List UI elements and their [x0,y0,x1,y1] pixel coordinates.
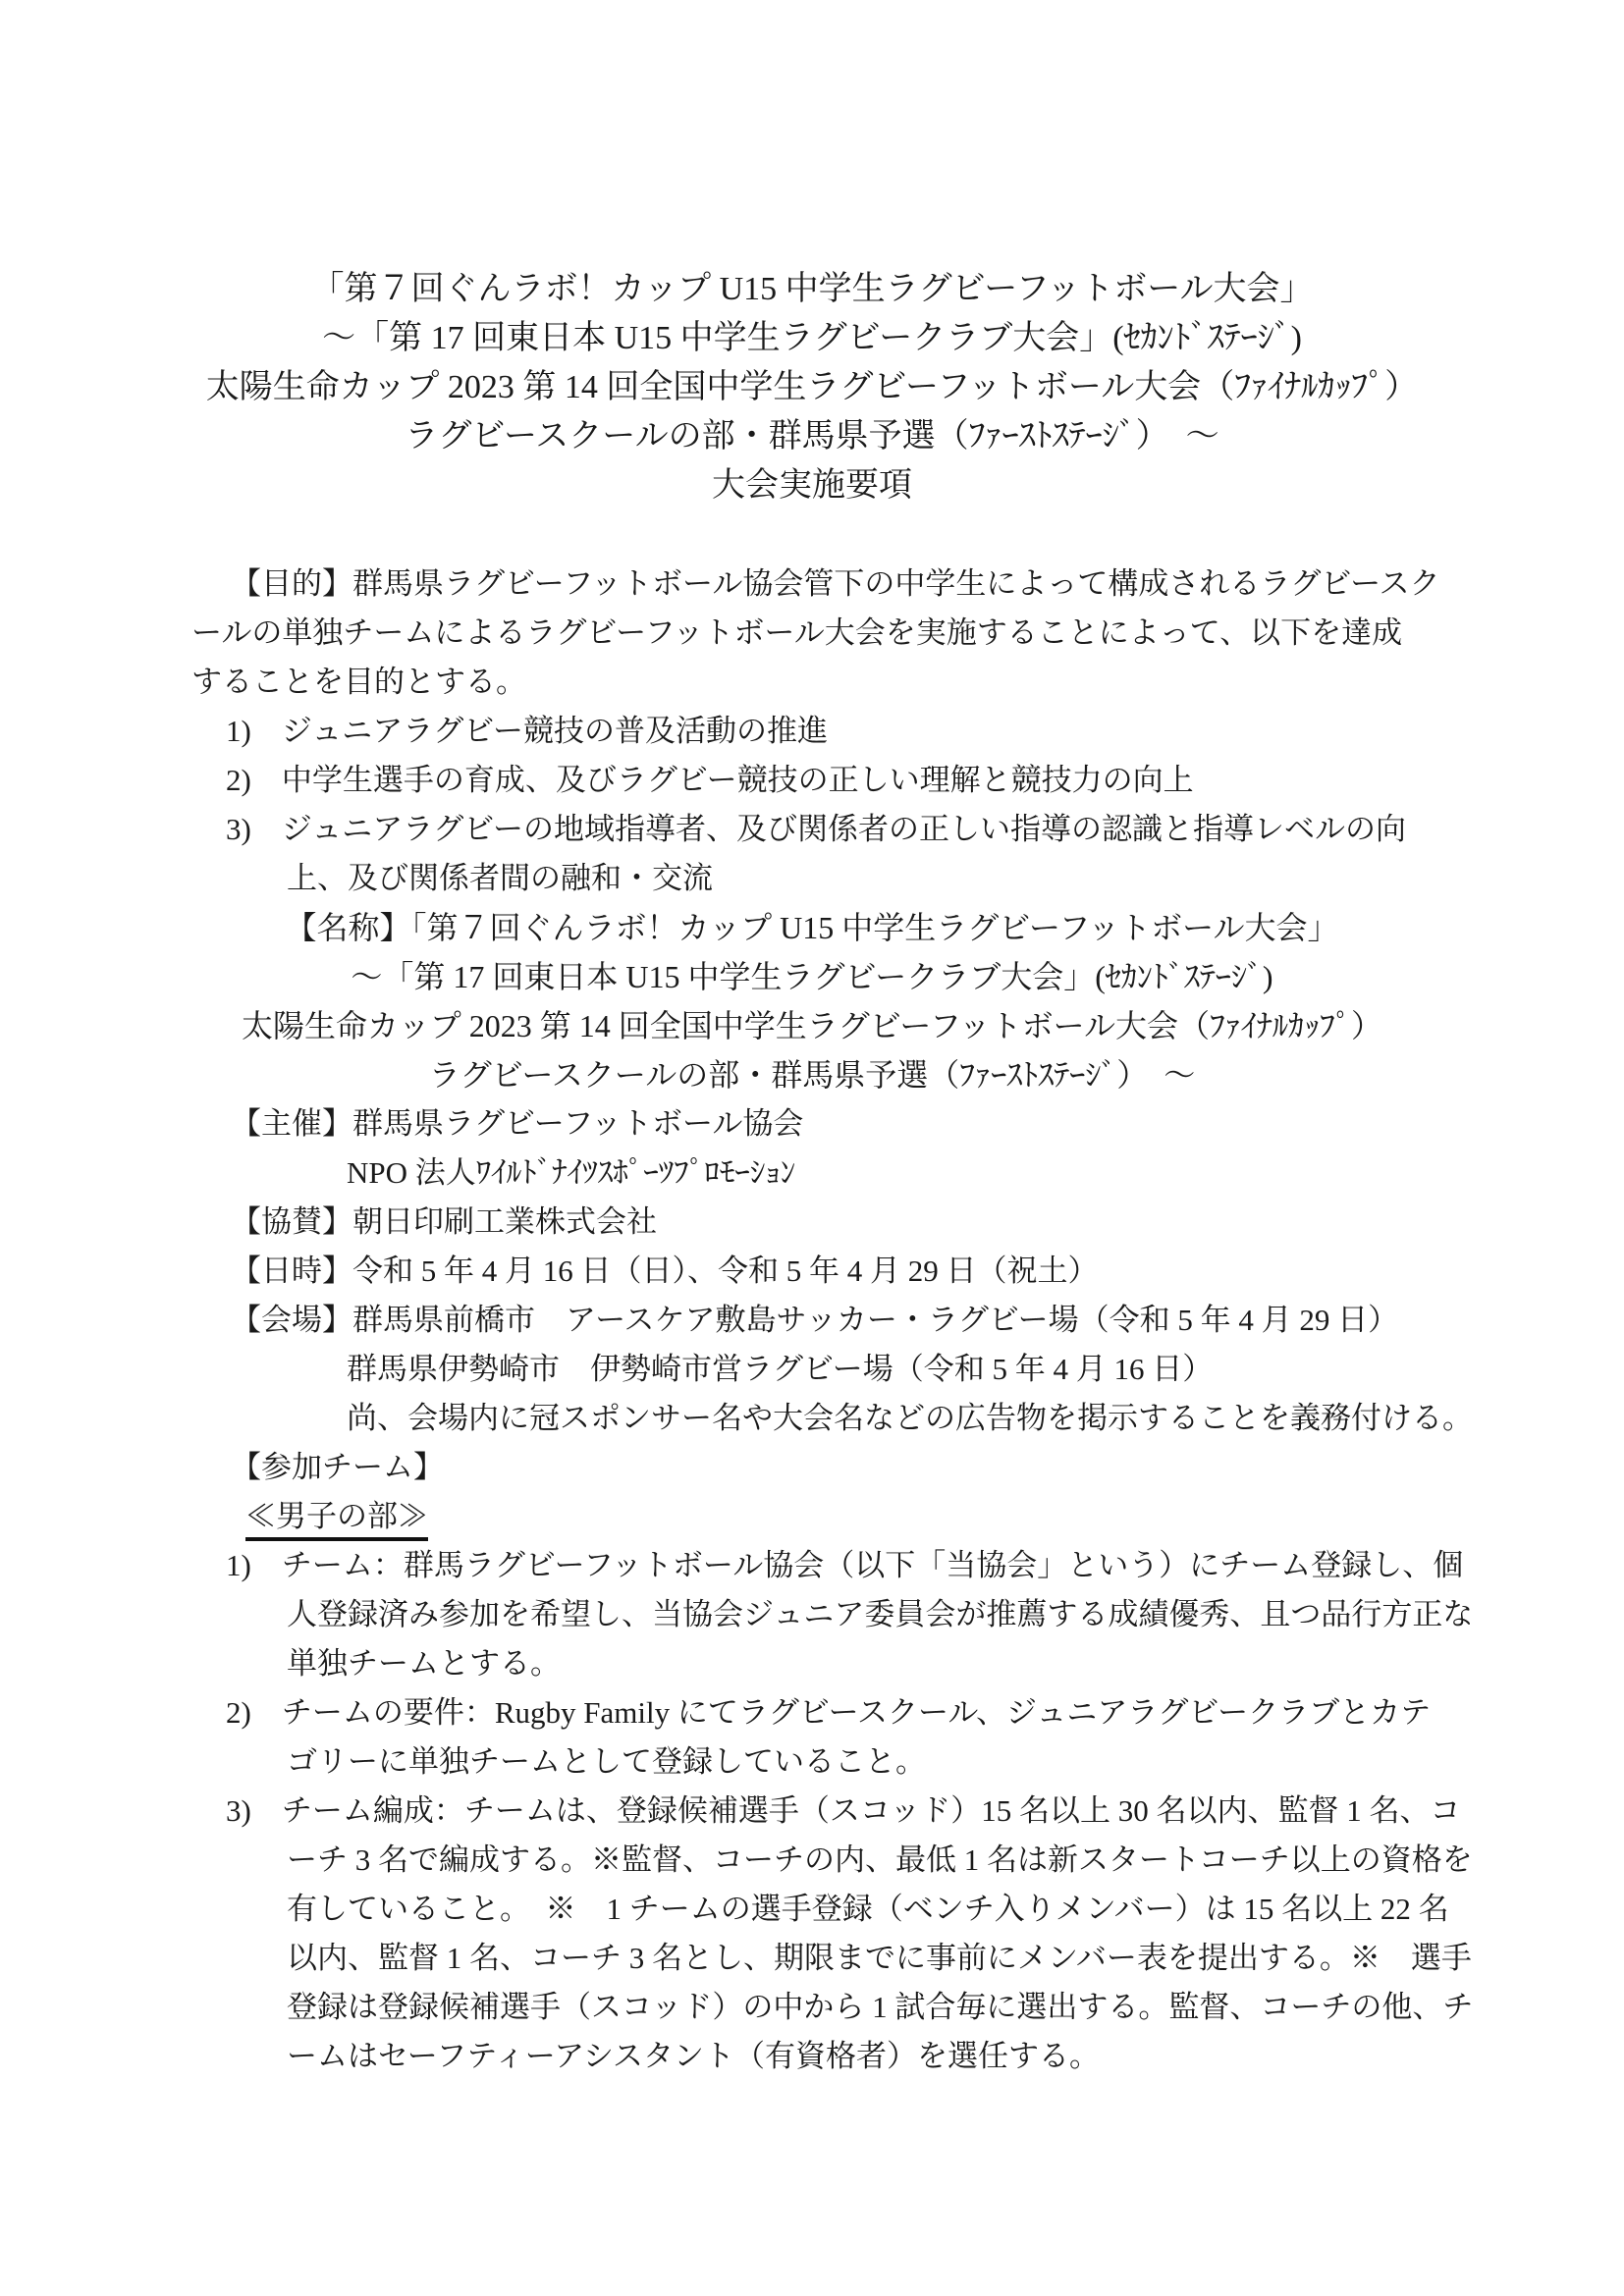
teams-item-3-cont-2: 有していること。 ※ 1 チームの選手登録（ベンチ入りメンバー）は 15 名以上… [0,1885,1624,1934]
name-line-4: ラグビースクールの部・群馬県予選（ﾌｧｰｽﾄｽﾃｰｼﾞ） ～ [0,1050,1624,1099]
organizer-npo-line: NPO 法人ﾜｲﾙﾄﾞﾅｲﾂｽﾎﾟｰﾂﾌﾟﾛﾓｰｼｮﾝ [0,1148,1624,1198]
venue-line-2: 群馬県伊勢崎市 伊勢崎市営ラグビー場（令和 5 年 4 月 16 日） [0,1345,1624,1394]
purpose-item-1: 1) ジュニアラグビー競技の普及活動の推進 [0,707,1624,756]
teams-item-3-cont-5: ームはセーフティーアシスタント（有資格者）を選任する。 [0,2032,1624,2081]
purpose-item-3: 3) ジュニアラグビーの地域指導者、及び関係者の正しい指導の認識と指導レベルの向 [0,805,1624,854]
datetime-label-line: 【日時】令和 5 年 4 月 16 日（日）、令和 5 年 4 月 29 日（祝… [0,1247,1624,1296]
document-content: 「第７回ぐんラボ！カップ U15 中学生ラグビーフットボール大会」 ～「第 17… [0,0,1624,2081]
participating-teams-label: 【参加チーム】 [0,1443,1624,1492]
teams-item-3: 3) チーム編成：チームは、登録候補選手（スコッド）15 名以上 30 名以内、… [0,1787,1624,1836]
teams-item-2-cont-1: ゴリーに単独チームとして登録していること。 [0,1737,1624,1787]
title-line-4: ラグビースクールの部・群馬県予選（ﾌｧｰｽﾄｽﾃｰｼﾞ） ～ [0,412,1624,461]
title-line-3: 太陽生命カップ 2023 第 14 回全国中学生ラグビーフットボール大会（ﾌｧｲ… [0,363,1624,412]
purpose-line-2: ールの単独チームによるラグビーフットボール大会を実施することによって、以下を達成 [0,609,1624,658]
teams-item-2: 2) チームの要件：Rugby Family にてラグビースクール、ジュニアラグ… [0,1688,1624,1737]
mens-division-underlined-text: ≪男子の部≫ [245,1497,428,1541]
name-line-2: ～「第 17 回東日本 U15 中学生ラグビークラブ大会」(ｾｶﾝﾄﾞｽﾃｰｼﾞ… [0,952,1624,1001]
name-line-3: 太陽生命カップ 2023 第 14 回全国中学生ラグビーフットボール大会（ﾌｧｲ… [0,1001,1624,1050]
sponsor-label-line: 【協賛】朝日印刷工業株式会社 [0,1198,1624,1247]
purpose-label-line: 【目的】群馬県ラグビーフットボール協会管下の中学生によって構成されるラグビースク [0,560,1624,609]
organizer-label-line: 【主催】群馬県ラグビーフットボール協会 [0,1099,1624,1148]
teams-item-3-cont-1: ーチ 3 名で編成する。※監督、コーチの内、最低 1 名は新スタートコーチ以上の… [0,1836,1624,1885]
title-line-5-outline-heading: 大会実施要項 [0,461,1624,510]
venue-note-line: 尚、会場内に冠スポンサー名や大会名などの広告物を掲示することを義務付ける。 [0,1394,1624,1443]
teams-item-3-cont-4: 登録は登録候補選手（スコッド）の中から 1 試合毎に選出する。監督、コーチの他、… [0,1983,1624,2032]
name-label-line: 【名称】「第７回ぐんラボ！カップ U15 中学生ラグビーフットボール大会」 [0,903,1624,952]
title-line-2: ～「第 17 回東日本 U15 中学生ラグビークラブ大会」(ｾｶﾝﾄﾞｽﾃｰｼﾞ… [0,314,1624,363]
mens-division-heading: ≪男子の部≫ [0,1492,1624,1541]
teams-item-1-cont-2: 単独チームとする。 [0,1639,1624,1688]
purpose-item-2: 2) 中学生選手の育成、及びラグビー競技の正しい理解と競技力の向上 [0,756,1624,805]
teams-item-1: 1) チーム：群馬ラグビーフットボール協会（以下「当協会」という）にチーム登録し… [0,1541,1624,1590]
title-body-gap [0,510,1624,560]
purpose-item-3-cont: 上、及び関係者間の融和・交流 [0,854,1624,903]
teams-item-3-cont-3: 以内、監督 1 名、コーチ 3 名とし、期限までに事前にメンバー表を提出する。※… [0,1934,1624,1983]
teams-item-1-cont-1: 人登録済み参加を希望し、当協会ジュニア委員会が推薦する成績優秀、且つ品行方正な [0,1590,1624,1639]
title-line-1: 「第７回ぐんラボ！カップ U15 中学生ラグビーフットボール大会」 [0,265,1624,314]
venue-label-line: 【会場】群馬県前橋市 アースケア敷島サッカー・ラグビー場（令和 5 年 4 月 … [0,1296,1624,1345]
document-page: 「第７回ぐんラボ！カップ U15 中学生ラグビーフットボール大会」 ～「第 17… [0,0,1624,2296]
purpose-line-3: することを目的とする。 [0,658,1624,707]
